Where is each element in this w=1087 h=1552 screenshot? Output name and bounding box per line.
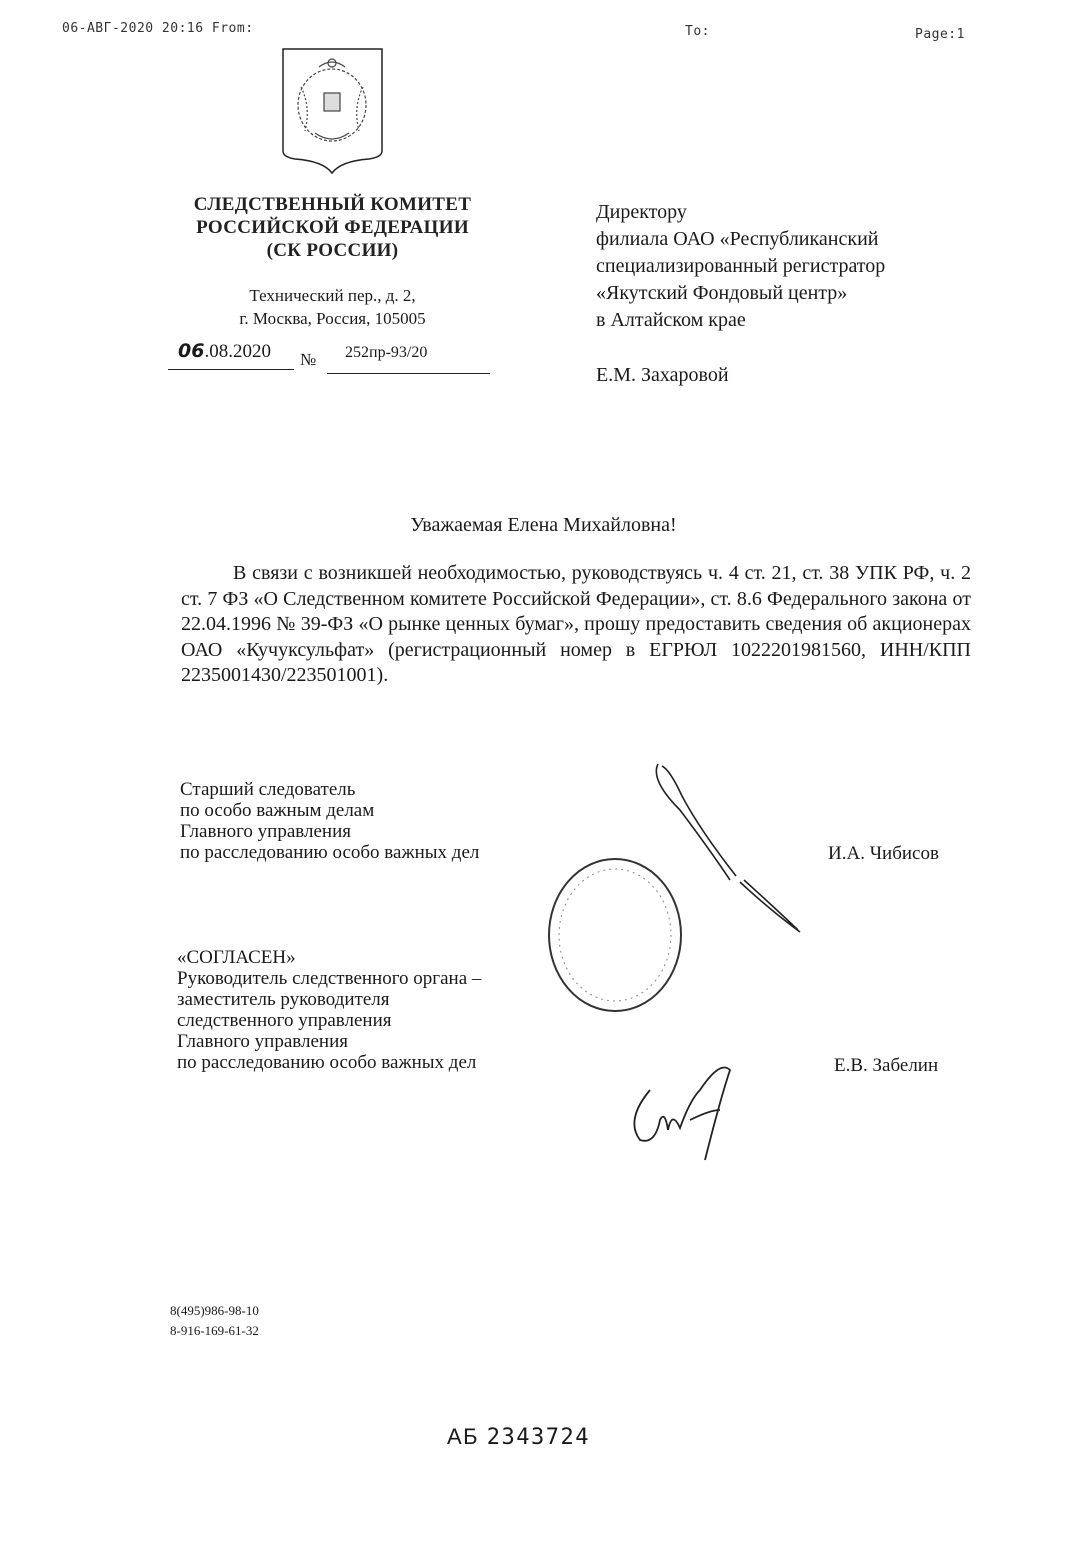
sender-organization: СЛЕДСТВЕННЫЙ КОМИТЕТ РОССИЙСКОЙ ФЕДЕРАЦИ…	[170, 193, 495, 262]
position-line: Главного управления	[177, 1031, 481, 1052]
printed-date: .08.2020	[204, 341, 271, 362]
recipient-line: «Якутский Фондовый центр»	[596, 280, 885, 307]
position-line: по особо важным делам	[180, 800, 479, 821]
signatory1-name: И.А. Чибисов	[828, 843, 939, 865]
number-sign: №	[300, 350, 316, 370]
org-line: СЛЕДСТВЕННЫЙ КОМИТЕТ	[170, 193, 495, 216]
position-line: Главного управления	[180, 821, 479, 842]
position-line: Руководитель следственного органа –	[177, 968, 481, 989]
number-underline	[327, 373, 490, 374]
registration-number: 252пр-93/20	[345, 344, 427, 362]
signatory1-position: Старший следователь по особо важным дела…	[180, 779, 479, 863]
address-line: Технический пер., д. 2,	[170, 284, 495, 307]
fax-datetime-text: 06-АВГ-2020 20:16	[62, 21, 204, 36]
position-line: заместитель руководителя	[177, 989, 481, 1010]
org-line: (СК РОССИИ)	[170, 239, 495, 262]
approval-label: «СОГЛАСЕН»	[177, 947, 481, 968]
fax-datetime: 06-АВГ-2020 20:16 From:	[62, 21, 254, 36]
fax-page-label: Page:1	[915, 27, 965, 42]
phone-number: 8(495)986-98-10	[170, 1301, 259, 1321]
russian-coat-of-arms-icon	[281, 47, 384, 175]
signatory2-name: Е.В. Забелин	[834, 1055, 938, 1077]
serial-number: 2343724	[487, 1425, 590, 1450]
recipient-line: Директору	[596, 199, 885, 226]
serial-series: АБ	[447, 1424, 479, 1449]
org-line: РОССИЙСКОЙ ФЕДЕРАЦИИ	[170, 216, 495, 239]
position-line: по расследованию особо важных дел	[180, 842, 479, 863]
salutation: Уважаемая Елена Михайловна!	[0, 514, 1087, 537]
position-line: следственного управления	[177, 1010, 481, 1031]
fax-from-label: From:	[212, 21, 254, 36]
letter-body: В связи с возникшей необходимостью, руко…	[181, 561, 971, 689]
form-serial-number: АБ 2343724	[447, 1424, 590, 1450]
contact-phones: 8(495)986-98-10 8-916-169-61-32	[170, 1301, 259, 1341]
recipient-line: филиала ОАО «Республиканский	[596, 226, 885, 253]
phone-number: 8-916-169-61-32	[170, 1321, 259, 1341]
signature-2-icon	[620, 1050, 740, 1165]
position-line: Старший следователь	[180, 779, 479, 800]
signatory2-position: «СОГЛАСЕН» Руководитель следственного ор…	[177, 947, 481, 1073]
body-paragraph: В связи с возникшей необходимостью, руко…	[181, 561, 971, 689]
sender-address: Технический пер., д. 2, г. Москва, Росси…	[170, 284, 495, 330]
recipient-line: специализированный регистратор	[596, 253, 885, 280]
fax-to-label: To:	[685, 24, 710, 39]
recipient-line: в Алтайском крае	[596, 307, 885, 334]
date-underline	[168, 369, 294, 370]
recipient-name: Е.М. Захаровой	[596, 364, 729, 387]
document-date: 06.08.2020	[178, 340, 271, 363]
handwritten-day: 06	[178, 340, 204, 362]
official-stamp-icon	[545, 855, 685, 1015]
address-line: г. Москва, Россия, 105005	[170, 307, 495, 330]
recipient-block: Директору филиала ОАО «Республиканский с…	[596, 199, 885, 334]
position-line: по расследованию особо важных дел	[177, 1052, 481, 1073]
